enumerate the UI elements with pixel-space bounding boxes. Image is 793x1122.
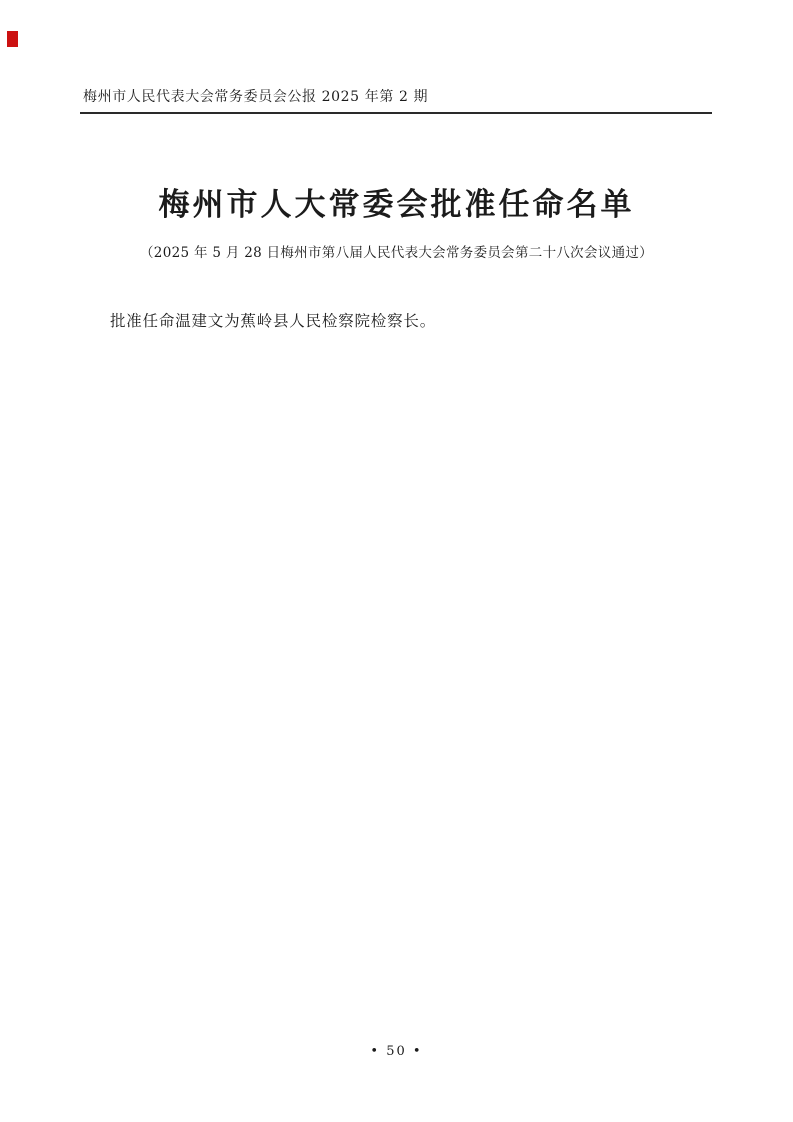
adoption-note: （2025 年 5 月 28 日梅州市第八届人民代表大会常务委员会第二十八次会议… — [80, 245, 713, 261]
page-number: • 50 • — [80, 1044, 713, 1060]
appointment-paragraph: 批准任命温建文为蕉岭县人民检察院检察长。 — [110, 312, 436, 331]
red-annotation-marker — [7, 31, 18, 47]
header-rule — [80, 112, 712, 114]
running-header: 梅州市人民代表大会常务委员会公报 2025 年第 2 期 — [83, 89, 428, 106]
document-title: 梅州市人大常委会批准任命名单 — [80, 187, 713, 224]
gazette-page: 梅州市人民代表大会常务委员会公报 2025 年第 2 期 梅州市人大常委会批准任… — [0, 0, 793, 1122]
